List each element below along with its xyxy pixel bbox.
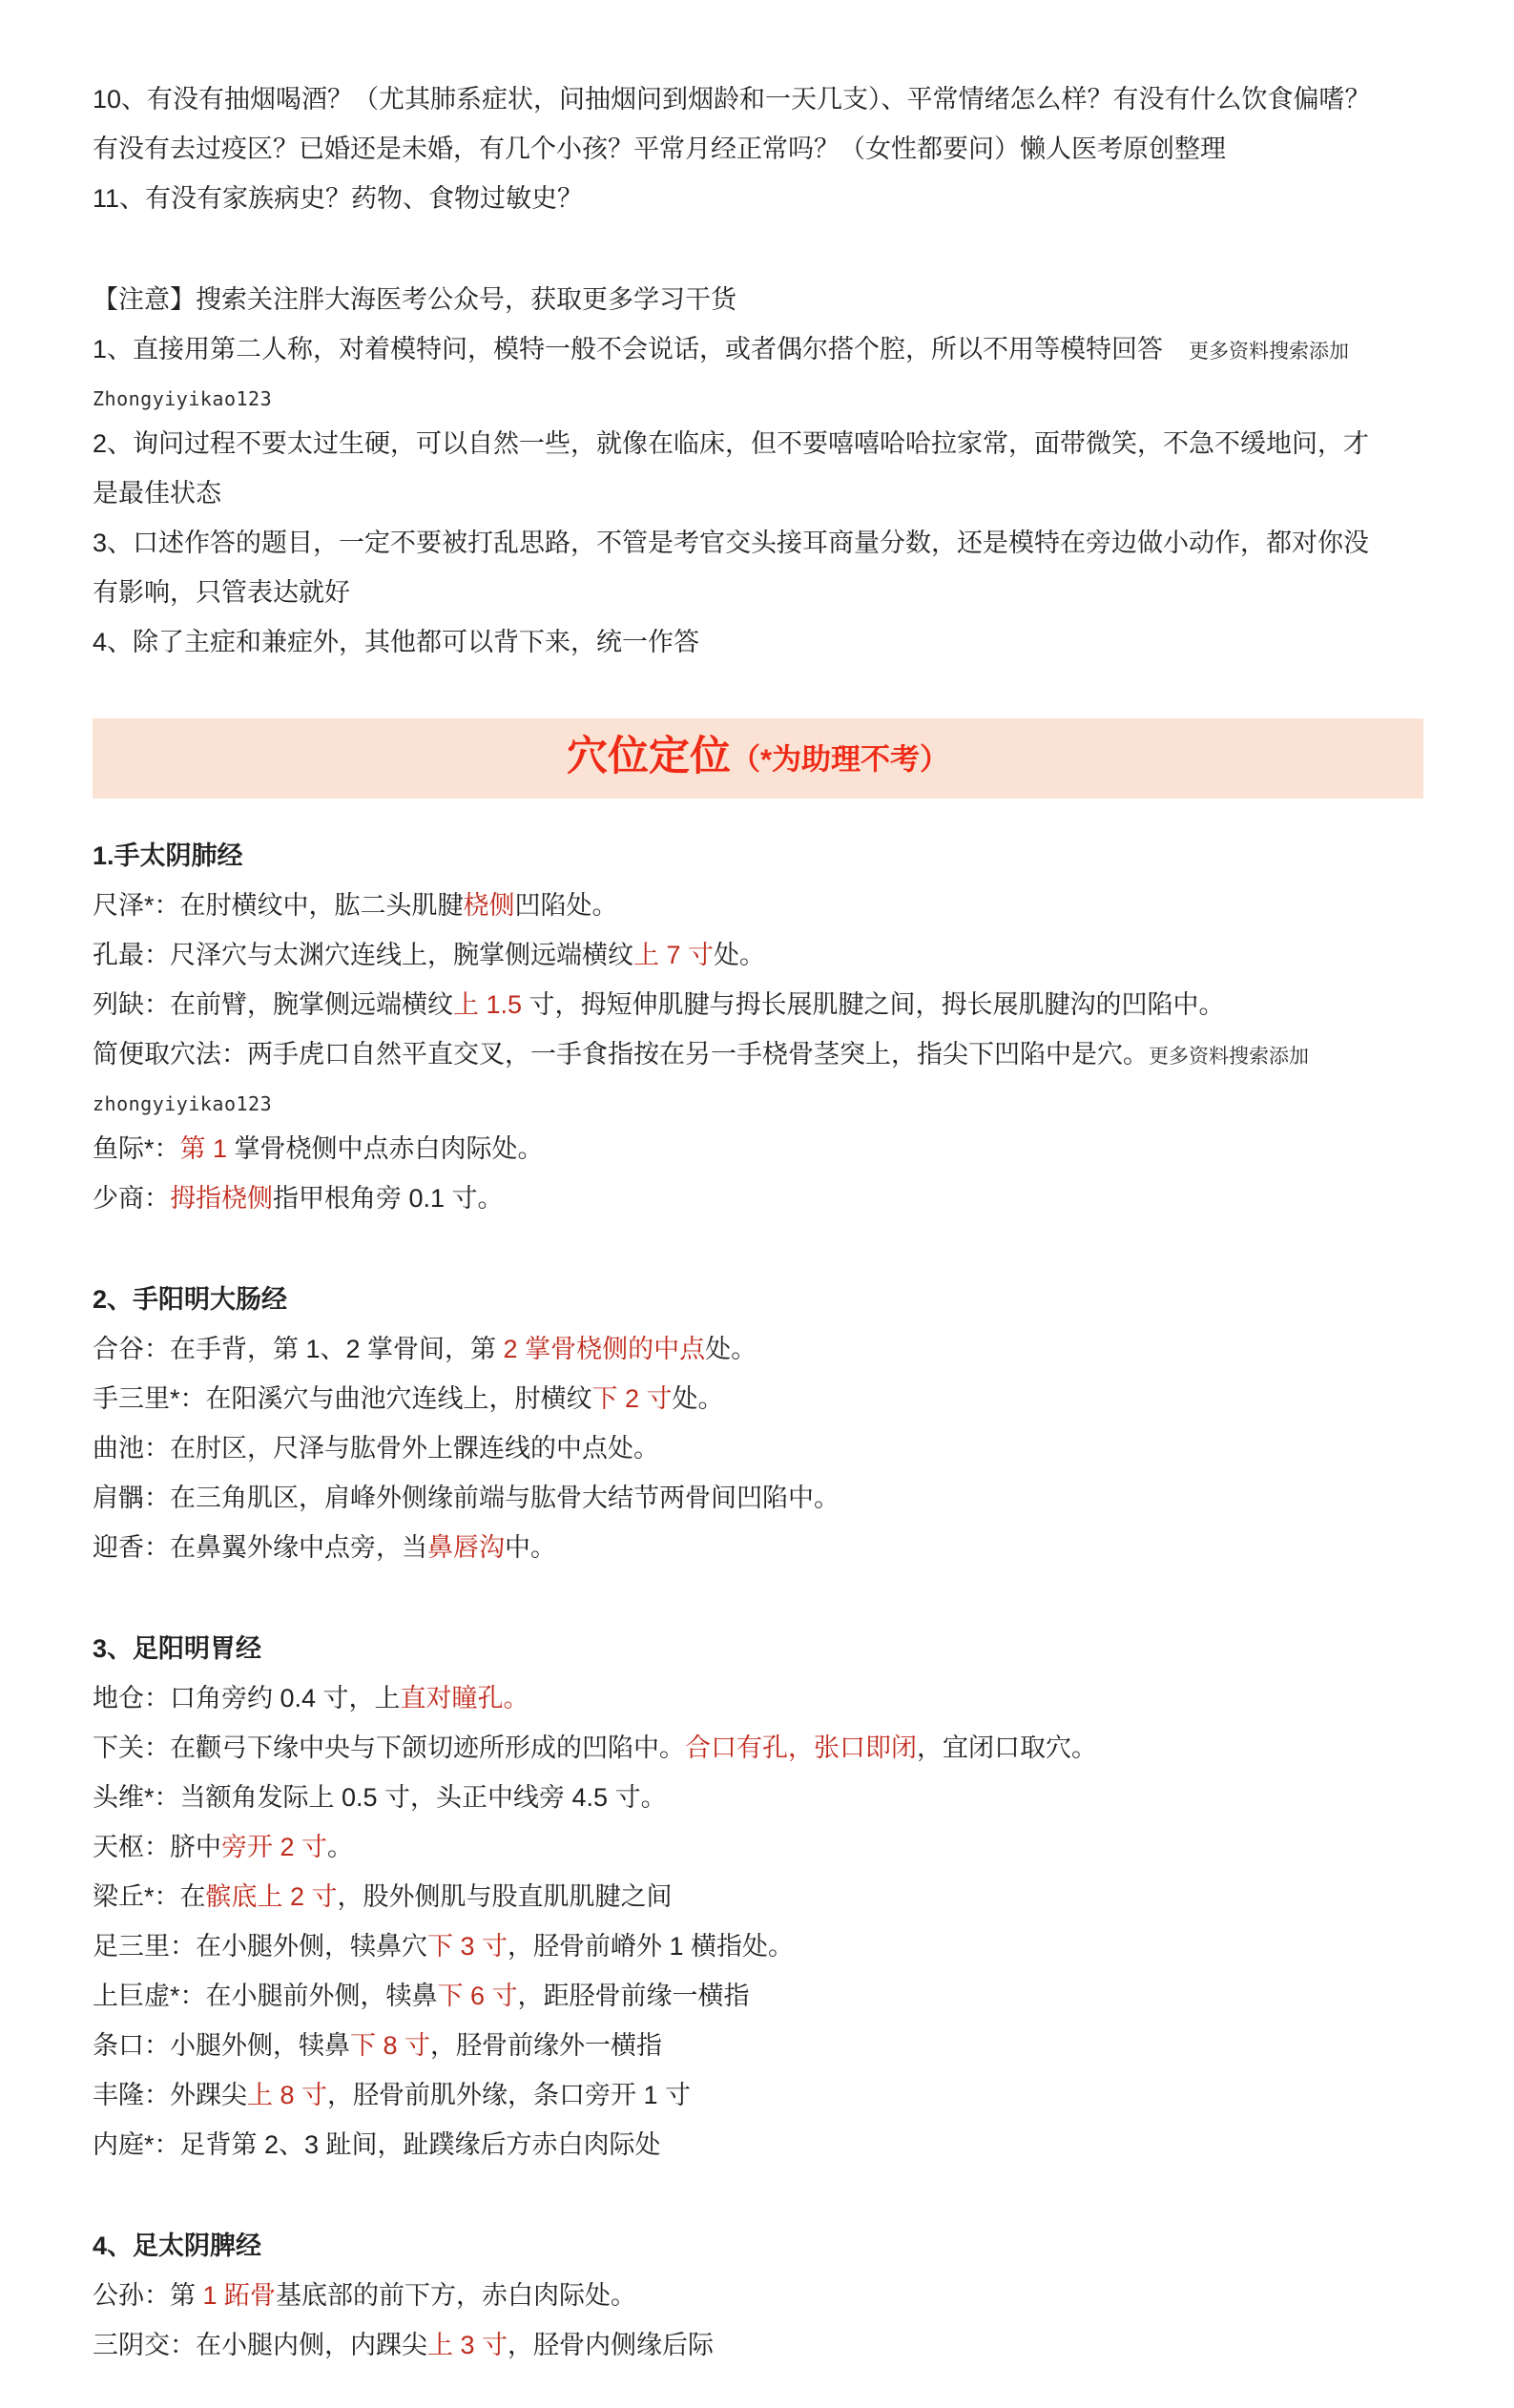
- text-segment: 1、直接用第二人称，对着模特问，模特一般不会说话，或者偶尔搭个腔，所以不用等模特…: [93, 335, 1189, 363]
- highlighted-text: 拇指桡侧: [170, 1184, 273, 1213]
- text-line: 曲池：在肘区，尺泽与肱骨外上髁连线的中点处。: [93, 1423, 1423, 1473]
- text-segment: 是最佳状态: [93, 479, 221, 508]
- highlighted-text: 上 8 寸: [247, 2081, 327, 2109]
- text-segment: 列缺：在前臂，腕掌侧远端横纹: [93, 990, 453, 1019]
- text-line: 天枢：脐中旁开 2 寸。: [93, 1822, 1423, 1872]
- text-line: 有影响，只管表达就好: [93, 568, 1423, 617]
- text-line: 三阴交：在小腿内侧，内踝尖上 3 寸，胫骨内侧缘后际: [93, 2320, 1423, 2370]
- text-line: 是最佳状态: [93, 468, 1423, 518]
- text-segment: 指甲根角旁 0.1 寸。: [273, 1184, 504, 1213]
- text-segment: 处。: [705, 1335, 757, 1363]
- text-line: 列缺：在前臂，腕掌侧远端横纹上 1.5 寸，拇短伸肌腱与拇长展肌腱之间，拇长展肌…: [93, 980, 1423, 1029]
- paragraph-block: 【注意】搜索关注胖大海医考公众号，获取更多学习干货1、直接用第二人称，对着模特问…: [93, 275, 1423, 667]
- text-line: 尺泽*：在肘横纹中，肱二头肌腱桡侧凹陷处。: [93, 881, 1423, 930]
- text-line: 合谷：在手背，第 1、2 掌骨间，第 2 掌骨桡侧的中点处。: [93, 1324, 1423, 1374]
- text-line: 3、口述作答的题目，一定不要被打乱思路，不管是考官交头接耳商量分数，还是模特在旁…: [93, 518, 1423, 568]
- text-line: 丰隆：外踝尖上 8 寸，胫骨前肌外缘，条口旁开 1 寸: [93, 2070, 1423, 2120]
- text-line: 鱼际*：第 1 掌骨桡侧中点赤白肉际处。: [93, 1124, 1423, 1173]
- text-segment: Zhongyiyikao123: [93, 387, 272, 410]
- section-block: 3、足阳明胃经地仓：口角旁约 0.4 寸，上直对瞳孔。下关：在颧弓下缘中央与下颌…: [93, 1624, 1423, 2169]
- text-segment: 梁丘*：在: [93, 1882, 206, 1911]
- highlighted-text: 下 8 寸: [350, 2031, 430, 2060]
- banner-subtitle: （*为助理不考）: [731, 743, 949, 777]
- document-blocks: 10、有没有抽烟喝酒？（尤其肺系症状，问抽烟问到烟龄和一天几支）、平常情绪怎么样…: [93, 74, 1423, 2370]
- text-line: 地仓：口角旁约 0.4 寸，上直对瞳孔。: [93, 1673, 1423, 1723]
- highlighted-text: 髌底上 2 寸: [206, 1882, 338, 1911]
- text-segment: 10、有没有抽烟喝酒？（尤其肺系症状，问抽烟问到烟龄和一天几支）、平常情绪怎么样…: [93, 85, 1371, 114]
- paragraph-block: 10、有没有抽烟喝酒？（尤其肺系症状，问抽烟问到烟龄和一天几支）、平常情绪怎么样…: [93, 74, 1423, 223]
- text-line: 梁丘*：在髌底上 2 寸，股外侧肌与股直肌肌腱之间: [93, 1872, 1423, 1921]
- section-block: 2、手阳明大肠经合谷：在手背，第 1、2 掌骨间，第 2 掌骨桡侧的中点处。手三…: [93, 1275, 1423, 1572]
- text-segment: 处。: [673, 1384, 724, 1413]
- text-segment: 迎香：在鼻翼外缘中点旁，当: [93, 1533, 427, 1562]
- highlighted-text: 上 7 寸: [633, 941, 714, 969]
- text-segment: 有没有去过疫区？已婚还是未婚，有几个小孩？平常月经正常吗？（女性都要问）懒人医考…: [93, 135, 1226, 163]
- section-heading: 1.手太阴肺经: [93, 831, 1423, 881]
- text-segment: 天枢：脐中: [93, 1833, 221, 1861]
- section-heading: 3、足阳明胃经: [93, 1624, 1423, 1673]
- text-segment: 中。: [505, 1533, 556, 1562]
- text-line: 10、有没有抽烟喝酒？（尤其肺系症状，问抽烟问到烟龄和一天几支）、平常情绪怎么样…: [93, 74, 1423, 124]
- highlighted-text: 旁开 2 寸: [221, 1833, 327, 1861]
- text-line: 手三里*：在阳溪穴与曲池穴连线上，肘横纹下 2 寸处。: [93, 1374, 1423, 1423]
- highlighted-text: 桡侧: [464, 891, 515, 920]
- text-segment: 有影响，只管表达就好: [93, 578, 350, 607]
- text-segment: 公孙：第: [93, 2281, 203, 2310]
- text-line: 内庭*：足背第 2、3 趾间，趾蹼缘后方赤白肉际处: [93, 2120, 1423, 2169]
- text-segment: ，股外侧肌与股直肌肌腱之间: [338, 1882, 673, 1911]
- text-line: 迎香：在鼻翼外缘中点旁，当鼻唇沟中。: [93, 1523, 1423, 1572]
- text-segment: 地仓：口角旁约 0.4 寸，上: [93, 1684, 401, 1713]
- highlighted-text: 1 跖骨: [203, 2281, 277, 2310]
- text-line: 公孙：第 1 跖骨基底部的前下方，赤白肉际处。: [93, 2271, 1423, 2320]
- text-segment: 下关：在颧弓下缘中央与下颌切迹所形成的凹陷中。: [93, 1733, 685, 1762]
- text-segment: ，胫骨前肌外缘，条口旁开 1 寸: [327, 2081, 691, 2109]
- text-line: 足三里：在小腿外侧，犊鼻穴下 3 寸，胫骨前嵴外 1 横指处。: [93, 1921, 1423, 1971]
- text-line: 4、除了主症和兼症外，其他都可以背下来，统一作答: [93, 617, 1423, 667]
- document: 10、有没有抽烟喝酒？（尤其肺系症状，问抽烟问到烟龄和一天几支）、平常情绪怎么样…: [0, 0, 1514, 2408]
- text-line: Zhongyiyikao123: [93, 377, 1423, 419]
- text-segment: 3、口述作答的题目，一定不要被打乱思路，不管是考官交头接耳商量分数，还是模特在旁…: [93, 529, 1369, 557]
- banner-title: 穴位定位: [567, 734, 731, 779]
- text-segment: 。: [327, 1833, 353, 1861]
- highlighted-text: 2 掌骨桡侧的中点: [504, 1335, 706, 1363]
- section-block: 1.手太阴肺经尺泽*：在肘横纹中，肱二头肌腱桡侧凹陷处。孔最：尺泽穴与太渊穴连线…: [93, 831, 1423, 1223]
- text-line: 【注意】搜索关注胖大海医考公众号，获取更多学习干货: [93, 275, 1423, 324]
- text-segment: 11、有没有家族病史？药物、食物过敏史？: [93, 184, 583, 213]
- text-segment: 基底部的前下方，赤白肉际处。: [276, 2281, 636, 2310]
- text-segment: 更多资料搜索添加: [1189, 341, 1349, 363]
- text-segment: ，距胫骨前缘一横指: [518, 1982, 750, 2010]
- text-segment: 处。: [714, 941, 765, 969]
- text-segment: 更多资料搜索添加: [1149, 1046, 1309, 1068]
- text-segment: ，宜闭口取穴。: [917, 1733, 1097, 1762]
- text-segment: 内庭*：足背第 2、3 趾间，趾蹼缘后方赤白肉际处: [93, 2130, 661, 2159]
- text-segment: 手三里*：在阳溪穴与曲池穴连线上，肘横纹: [93, 1384, 592, 1413]
- text-segment: 少商：: [93, 1184, 170, 1213]
- text-line: 条口：小腿外侧，犊鼻下 8 寸，胫骨前缘外一横指: [93, 2021, 1423, 2070]
- text-segment: 三阴交：在小腿内侧，内踝尖: [93, 2331, 427, 2359]
- text-line: 下关：在颧弓下缘中央与下颌切迹所形成的凹陷中。合口有孔，张口即闭，宜闭口取穴。: [93, 1723, 1423, 1773]
- section-heading: 4、足太阴脾经: [93, 2221, 1423, 2271]
- text-segment: 简便取穴法：两手虎口自然平直交叉，一手食指按在另一手桡骨茎突上，指尖下凹陷中是穴…: [93, 1040, 1149, 1069]
- text-segment: 上巨虚*：在小腿前外侧，犊鼻: [93, 1982, 438, 2010]
- highlighted-text: 上 1.5: [453, 990, 522, 1019]
- section-block: 4、足太阴脾经公孙：第 1 跖骨基底部的前下方，赤白肉际处。三阴交：在小腿内侧，…: [93, 2221, 1423, 2370]
- highlighted-text: 鼻唇沟: [427, 1533, 505, 1562]
- text-segment: 鱼际*：: [93, 1134, 180, 1163]
- highlighted-text: 第 1: [180, 1134, 235, 1163]
- text-segment: 凹陷处。: [515, 891, 618, 920]
- text-line: 2、询问过程不要太过生硬，可以自然一些，就像在临床，但不要嘻嘻哈哈拉家常，面带微…: [93, 419, 1423, 468]
- text-segment: 合谷：在手背，第 1、2 掌骨间，第: [93, 1335, 504, 1363]
- text-segment: 尺泽*：在肘横纹中，肱二头肌腱: [93, 891, 464, 920]
- text-line: 11、有没有家族病史？药物、食物过敏史？: [93, 174, 1423, 223]
- text-segment: 寸，拇短伸肌腱与拇长展肌腱之间，拇长展肌腱沟的凹陷中。: [522, 990, 1225, 1019]
- text-segment: ，胫骨内侧缘后际: [508, 2331, 714, 2359]
- text-segment: ，胫骨前缘外一横指: [430, 2031, 662, 2060]
- text-segment: 丰隆：外踝尖: [93, 2081, 247, 2109]
- text-line: 孔最：尺泽穴与太渊穴连线上，腕掌侧远端横纹上 7 寸处。: [93, 930, 1423, 980]
- text-line: 头维*：当额角发际上 0.5 寸，头正中线旁 4.5 寸。: [93, 1773, 1423, 1822]
- section-banner: 穴位定位（*为助理不考）: [93, 718, 1423, 799]
- text-segment: 4、除了主症和兼症外，其他都可以背下来，统一作答: [93, 628, 699, 656]
- text-line: 肩髃：在三角肌区，肩峰外侧缘前端与肱骨大结节两骨间凹陷中。: [93, 1473, 1423, 1523]
- highlighted-text: 下 3 寸: [427, 1932, 508, 1961]
- text-segment: zhongyiyikao123: [93, 1092, 272, 1115]
- highlighted-text: 合口有孔，张口即闭: [685, 1733, 917, 1762]
- text-line: 有没有去过疫区？已婚还是未婚，有几个小孩？平常月经正常吗？（女性都要问）懒人医考…: [93, 124, 1423, 174]
- text-segment: ，胫骨前嵴外 1 横指处。: [508, 1932, 794, 1961]
- text-segment: 足三里：在小腿外侧，犊鼻穴: [93, 1932, 427, 1961]
- highlighted-text: 直对瞳孔。: [401, 1684, 529, 1713]
- text-line: 上巨虚*：在小腿前外侧，犊鼻下 6 寸，距胫骨前缘一横指: [93, 1971, 1423, 2021]
- highlighted-text: 下 6 寸: [438, 1982, 518, 2010]
- text-segment: 条口：小腿外侧，犊鼻: [93, 2031, 350, 2060]
- highlighted-text: 下 2 寸: [592, 1384, 673, 1413]
- text-segment: 【注意】搜索关注胖大海医考公众号，获取更多学习干货: [93, 285, 736, 314]
- text-segment: 掌骨桡侧中点赤白肉际处。: [235, 1134, 544, 1163]
- text-segment: 肩髃：在三角肌区，肩峰外侧缘前端与肱骨大结节两骨间凹陷中。: [93, 1484, 840, 1512]
- highlighted-text: 上 3 寸: [427, 2331, 508, 2359]
- text-line: 少商：拇指桡侧指甲根角旁 0.1 寸。: [93, 1173, 1423, 1223]
- section-heading: 2、手阳明大肠经: [93, 1275, 1423, 1324]
- text-segment: 2、询问过程不要太过生硬，可以自然一些，就像在临床，但不要嘻嘻哈哈拉家常，面带微…: [93, 429, 1369, 458]
- text-line: 简便取穴法：两手虎口自然平直交叉，一手食指按在另一手桡骨茎突上，指尖下凹陷中是穴…: [93, 1029, 1423, 1082]
- text-line: zhongyiyikao123: [93, 1082, 1423, 1124]
- text-segment: 孔最：尺泽穴与太渊穴连线上，腕掌侧远端横纹: [93, 941, 633, 969]
- text-segment: 头维*：当额角发际上 0.5 寸，头正中线旁 4.5 寸。: [93, 1783, 667, 1812]
- text-line: 1、直接用第二人称，对着模特问，模特一般不会说话，或者偶尔搭个腔，所以不用等模特…: [93, 324, 1423, 377]
- text-segment: 曲池：在肘区，尺泽与肱骨外上髁连线的中点处。: [93, 1434, 659, 1463]
